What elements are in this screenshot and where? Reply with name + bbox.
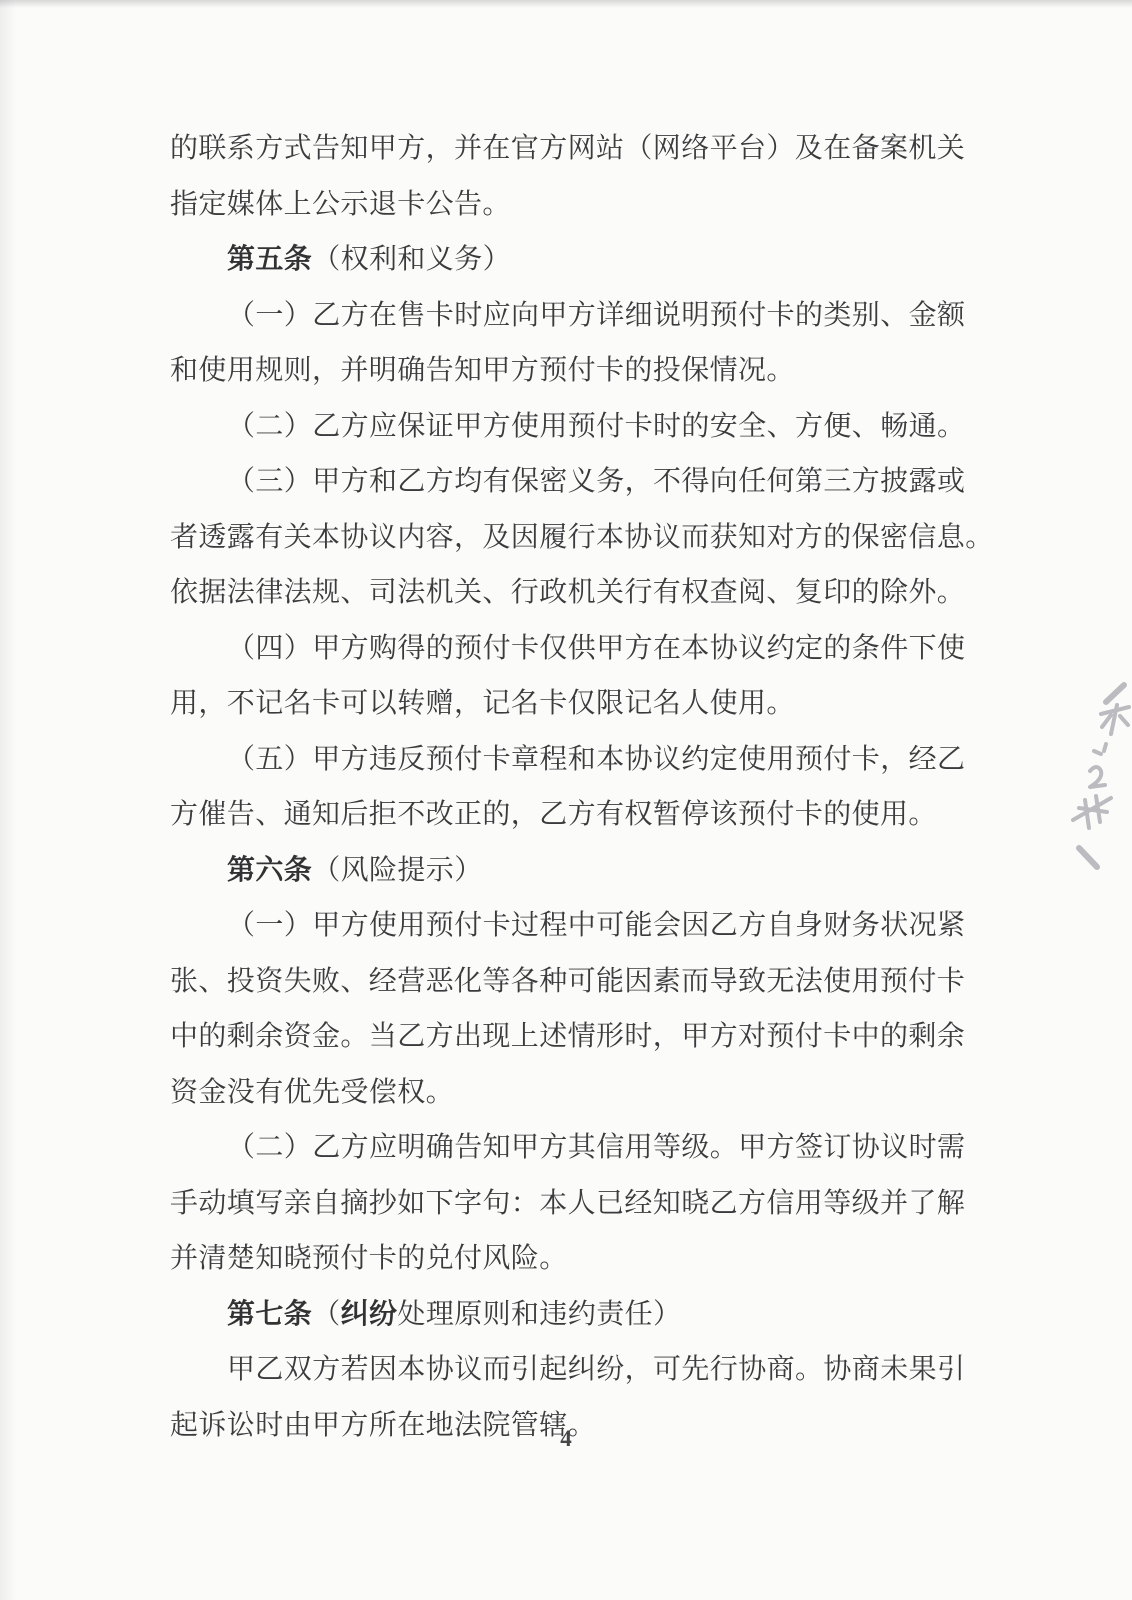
text-line: 资金没有优先受偿权。	[170, 1065, 970, 1121]
text-line: （四）甲方购得的预付卡仅供甲方在本协议约定的条件下使	[170, 621, 970, 677]
handwritten-mark	[1060, 652, 1132, 884]
text-line: 者透露有关本协议内容，及因履行本协议而获知对方的保密信息。	[170, 510, 970, 566]
heading-term: 第七条	[227, 1299, 312, 1330]
text-segment: （	[312, 1299, 340, 1330]
text-line: 依据法律法规、司法机关、行政机关行有权查阅、复印的除外。	[170, 565, 970, 621]
text-line: 的联系方式告知甲方，并在官方网站（网络平台）及在备案机关	[170, 121, 970, 177]
text-line: （一）甲方使用预付卡过程中可能会因乙方自身财务状况紧	[170, 898, 970, 954]
text-line: 甲乙双方若因本协议而引起纠纷，可先行协商。协商未果引	[170, 1342, 970, 1398]
text-segment: （风险提示）	[312, 855, 482, 886]
text-line: 指定媒体上公示退卡公告。	[170, 177, 970, 233]
text-line: 张、投资失败、经营恶化等各种可能因素而导致无法使用预付卡	[170, 954, 970, 1010]
text-segment: 和使用规则，并明确告知甲方预付卡的投保情况。	[170, 355, 795, 386]
text-line: 并清楚知晓预付卡的兑付风险。	[170, 1231, 970, 1287]
text-segment: （五）甲方违反预付卡章程和本协议约定使用预付卡，经乙	[227, 744, 965, 775]
text-segment: 用，不记名卡可以转赠，记名卡仅限记名人使用。	[170, 688, 795, 719]
text-segment: 中的剩余资金。当乙方出现上述情形时，甲方对预付卡中的剩余	[170, 1021, 965, 1052]
document-body: 的联系方式告知甲方，并在官方网站（网络平台）及在备案机关指定媒体上公示退卡公告。…	[170, 121, 970, 1453]
text-line: （二）乙方应保证甲方使用预付卡时的安全、方便、畅通。	[170, 399, 970, 455]
text-segment: （三）甲方和乙方均有保密义务，不得向任何第三方披露或	[227, 466, 965, 497]
text-segment: 方催告、通知后拒不改正的，乙方有权暂停该预付卡的使用。	[170, 799, 937, 830]
text-segment: 手动填写亲自摘抄如下字句：本人已经知晓乙方信用等级并了解	[170, 1188, 965, 1219]
text-line: （三）甲方和乙方均有保密义务，不得向任何第三方披露或	[170, 454, 970, 510]
text-line: （五）甲方违反预付卡章程和本协议约定使用预付卡，经乙	[170, 732, 970, 788]
text-segment: （一）甲方使用预付卡过程中可能会因乙方自身财务状况紧	[227, 910, 965, 941]
text-line: 手动填写亲自摘抄如下字句：本人已经知晓乙方信用等级并了解	[170, 1176, 970, 1232]
text-segment: 资金没有优先受偿权。	[170, 1077, 454, 1108]
text-segment: （二）乙方应保证甲方使用预付卡时的安全、方便、畅通。	[227, 411, 965, 442]
scan-left-edge-artifact	[0, 0, 16, 1600]
text-line: 第六条（风险提示）	[170, 843, 970, 899]
text-line: 第五条（权利和义务）	[170, 232, 970, 288]
text-segment: 张、投资失败、经营恶化等各种可能因素而导致无法使用预付卡	[170, 966, 965, 997]
heading-term: 纠纷	[341, 1299, 398, 1330]
text-segment: 依据法律法规、司法机关、行政机关行有权查阅、复印的除外。	[170, 577, 965, 608]
text-line: 中的剩余资金。当乙方出现上述情形时，甲方对预付卡中的剩余	[170, 1009, 970, 1065]
text-segment: 处理原则和违约责任）	[397, 1299, 681, 1330]
text-segment: （四）甲方购得的预付卡仅供甲方在本协议约定的条件下使	[227, 633, 965, 664]
text-segment: 指定媒体上公示退卡公告。	[170, 189, 511, 220]
text-segment: （一）乙方在售卡时应向甲方详细说明预付卡的类别、金额	[227, 300, 965, 331]
text-line: （一）乙方在售卡时应向甲方详细说明预付卡的类别、金额	[170, 288, 970, 344]
text-segment: 者透露有关本协议内容，及因履行本协议而获知对方的保密信息。	[170, 522, 994, 553]
heading-term: 第六条	[227, 855, 312, 886]
text-line: 和使用规则，并明确告知甲方预付卡的投保情况。	[170, 343, 970, 399]
page-number: 4	[0, 1426, 1132, 1452]
text-segment: 甲乙双方若因本协议而引起纠纷，可先行协商。协商未果引	[227, 1354, 965, 1385]
text-line: （二）乙方应明确告知甲方其信用等级。甲方签订协议时需	[170, 1120, 970, 1176]
scan-top-edge-artifact	[0, 0, 1132, 8]
text-line: 第七条（纠纷处理原则和违约责任）	[170, 1287, 970, 1343]
scanned-contract-page: { "document": { "lines": [ { "indent": f…	[0, 0, 1132, 1600]
text-segment: （权利和义务）	[312, 244, 511, 275]
text-line: 用，不记名卡可以转赠，记名卡仅限记名人使用。	[170, 676, 970, 732]
text-segment: （二）乙方应明确告知甲方其信用等级。甲方签订协议时需	[227, 1132, 965, 1163]
text-line: 方催告、通知后拒不改正的，乙方有权暂停该预付卡的使用。	[170, 787, 970, 843]
text-segment: 的联系方式告知甲方，并在官方网站（网络平台）及在备案机关	[170, 133, 965, 164]
text-segment: 并清楚知晓预付卡的兑付风险。	[170, 1243, 568, 1274]
heading-term: 第五条	[227, 244, 312, 275]
